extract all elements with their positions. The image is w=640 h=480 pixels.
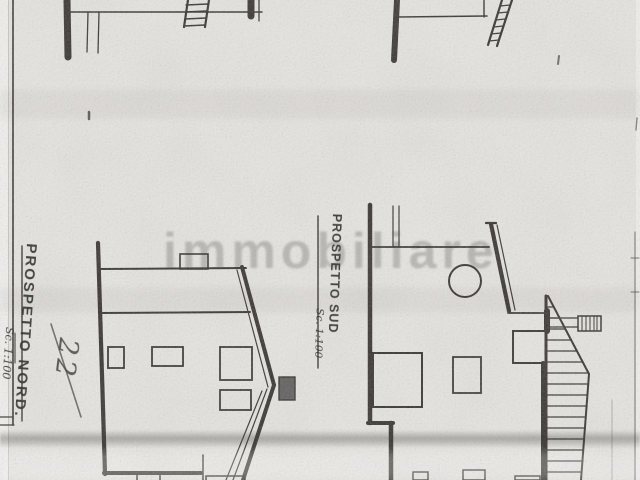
north-ridge-vent-box [279,377,295,400]
south-base-rect [515,476,540,480]
south-window-large [373,353,422,407]
topright-beam-hline [398,16,487,17]
north-roof-lower-thin [233,389,267,480]
south-base-rect [463,470,485,480]
north-window [108,347,124,368]
topleft-thick-post [67,0,68,57]
stray-mark [558,56,559,64]
north-roof-upper-thick [242,267,274,385]
north-base-rect [206,476,245,480]
topleft-thin-vline [87,12,88,52]
south-round-window [449,265,481,297]
north-chimney-rect [180,254,208,269]
topright-ladder-rung [498,12,508,13]
north-ground-thick-line [98,243,105,474]
topleft-ladder-rail [184,0,188,27]
topleft-ladder-rung [184,25,205,26]
topleft-ladder-rung [186,4,208,5]
topright-thick-post [394,0,397,60]
stray-mark [636,118,637,130]
north-window [152,347,183,366]
topleft-thin-vline [98,12,99,53]
south-box-rect [513,331,546,363]
topleft-ladder-rung [185,11,207,12]
south-base-rect [413,472,428,480]
stairs-right-rail [581,374,589,480]
north-floor-line [100,312,250,313]
topright-ladder-rung [494,26,503,27]
south-window-small [453,357,481,393]
north-window [220,347,252,380]
scanned-blueprint-sheet: immobiliare PROSPETTO NORD. Sc. 1:100 PR… [0,0,640,480]
handwritten-annotation: 22 [48,336,84,382]
topleft-ladder-rung [185,18,206,19]
north-window [220,390,251,410]
north-eaves-line [100,268,246,269]
topright-ladder-rung [496,19,505,20]
